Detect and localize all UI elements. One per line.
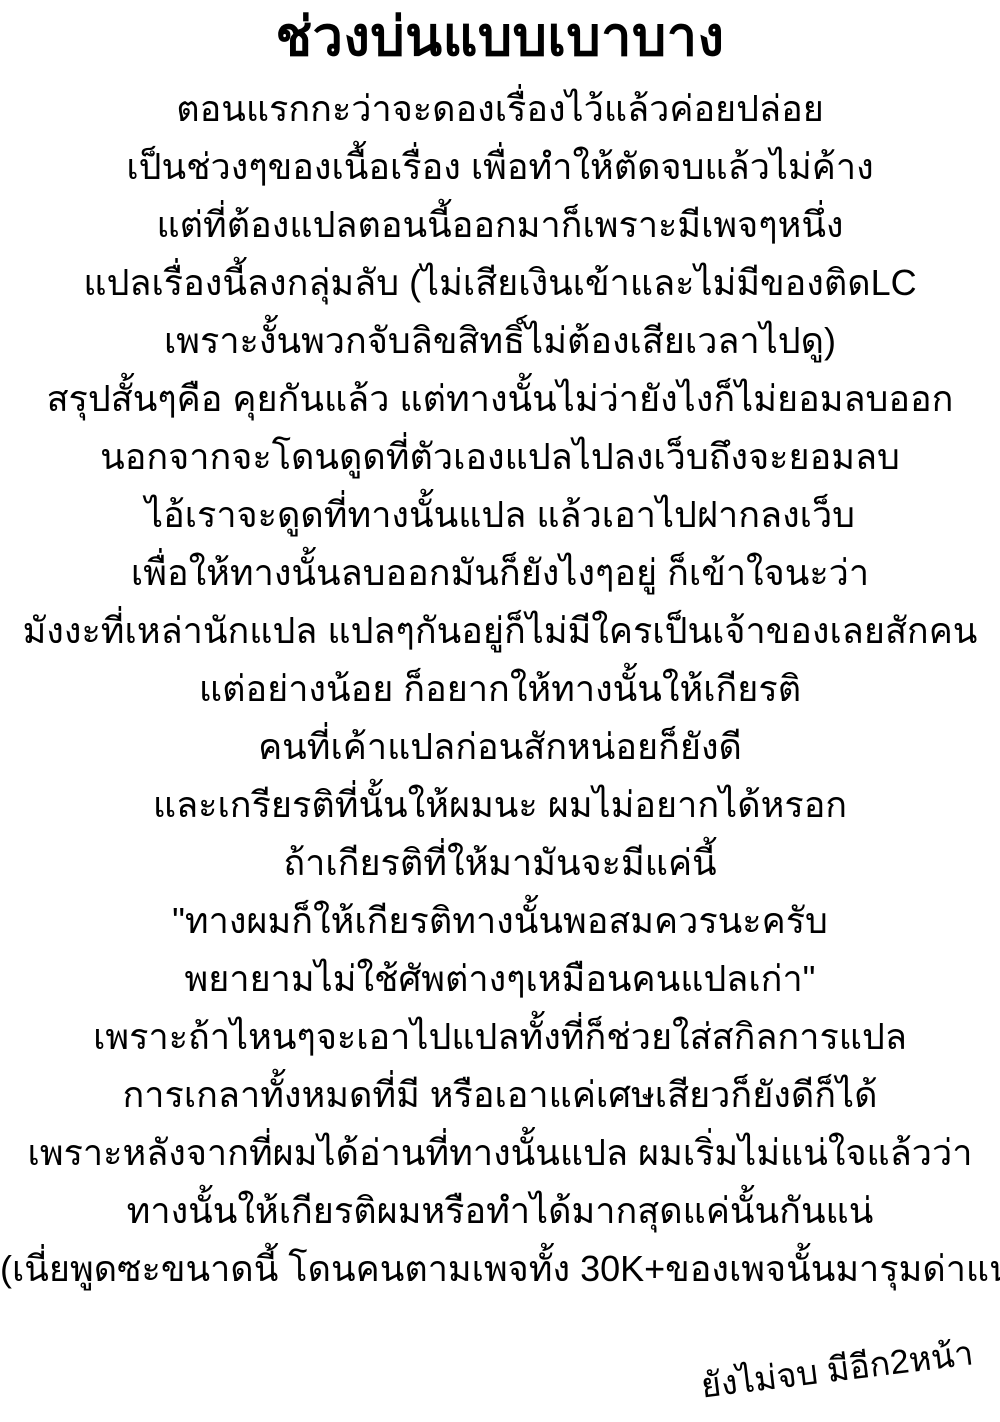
note-line: ทางนั้นให้เกียรติผมหรือทำได้มากสุดแค่นั้… bbox=[0, 1182, 1000, 1240]
note-line: เป็นช่วงๆของเนื้อเรื่อง เพื่อทำให้ตัดจบแ… bbox=[0, 138, 1000, 196]
note-body: ตอนแรกกะว่าจะดองเรื่องไว้แล้วค่อยปล่อย เ… bbox=[0, 80, 1000, 1298]
note-line: นอกจากจะโดนดูดที่ตัวเองแปลไปลงเว็บถึงจะย… bbox=[0, 428, 1000, 486]
note-line: เพราะงั้นพวกจับลิขสิทธิ์ไม่ต้องเสียเวลาไ… bbox=[0, 312, 1000, 370]
note-line: มังงะที่เหล่านักแปล แปลๆกันอยู่ก็ไม่มีใค… bbox=[0, 602, 1000, 660]
note-line: และเกรียรติที่นั้นให้ผมนะ ผมไม่อยากได้หร… bbox=[0, 776, 1000, 834]
note-line: ตอนแรกกะว่าจะดองเรื่องไว้แล้วค่อยปล่อย bbox=[0, 80, 1000, 138]
note-line: การเกลาทั้งหมดที่มี หรือเอาแค่เศษเสียวก็… bbox=[0, 1066, 1000, 1124]
translator-note-page: ช่วงบ่นแบบเบาบาง ตอนแรกกะว่าจะดองเรื่องไ… bbox=[0, 0, 1000, 1422]
note-line: แปลเรื่องนี้ลงกลุ่มลับ (ไม่เสียเงินเข้าแ… bbox=[0, 254, 1000, 312]
note-line: พยายามไม่ใช้ศัพต่างๆเหมือนคนแปลเก่า" bbox=[0, 950, 1000, 1008]
note-line: "ทางผมก็ให้เกียรติทางนั้นพอสมควรนะครับ bbox=[0, 892, 1000, 950]
note-line: คนที่เค้าแปลก่อนสักหน่อยก็ยังดี bbox=[0, 718, 1000, 776]
page-title: ช่วงบ่นแบบเบาบาง bbox=[0, 0, 1000, 68]
note-line: แต่อย่างน้อย ก็อยากให้ทางนั้นให้เกียรติ bbox=[0, 660, 1000, 718]
note-line: ไอ้เราจะดูดที่ทางนั้นแปล แล้วเอาไปฝากลงเ… bbox=[0, 486, 1000, 544]
footer-note: ยังไม่จบ มีอีก2หน้า bbox=[698, 1326, 977, 1413]
note-line: สรุปสั้นๆคือ คุยกันแล้ว แต่ทางนั้นไม่ว่า… bbox=[0, 370, 1000, 428]
note-line: ถ้าเกียรติที่ให้มามันจะมีแค่นี้ bbox=[0, 834, 1000, 892]
note-line: เพราะถ้าไหนๆจะเอาไปแปลทั้งที่ก็ช่วยใส่สก… bbox=[0, 1008, 1000, 1066]
note-line: แต่ที่ต้องแปลตอนนี้ออกมาก็เพราะมีเพจๆหนึ… bbox=[0, 196, 1000, 254]
note-line: (เนี่ยพูดซะขนาดนี้ โดนคนตามเพจทั้ง 30K+ข… bbox=[0, 1240, 1000, 1298]
note-line: เพื่อให้ทางนั้นลบออกมันก็ยังไงๆอยู่ ก็เข… bbox=[0, 544, 1000, 602]
note-line: เพราะหลังจากที่ผมได้อ่านที่ทางนั้นแปล ผม… bbox=[0, 1124, 1000, 1182]
